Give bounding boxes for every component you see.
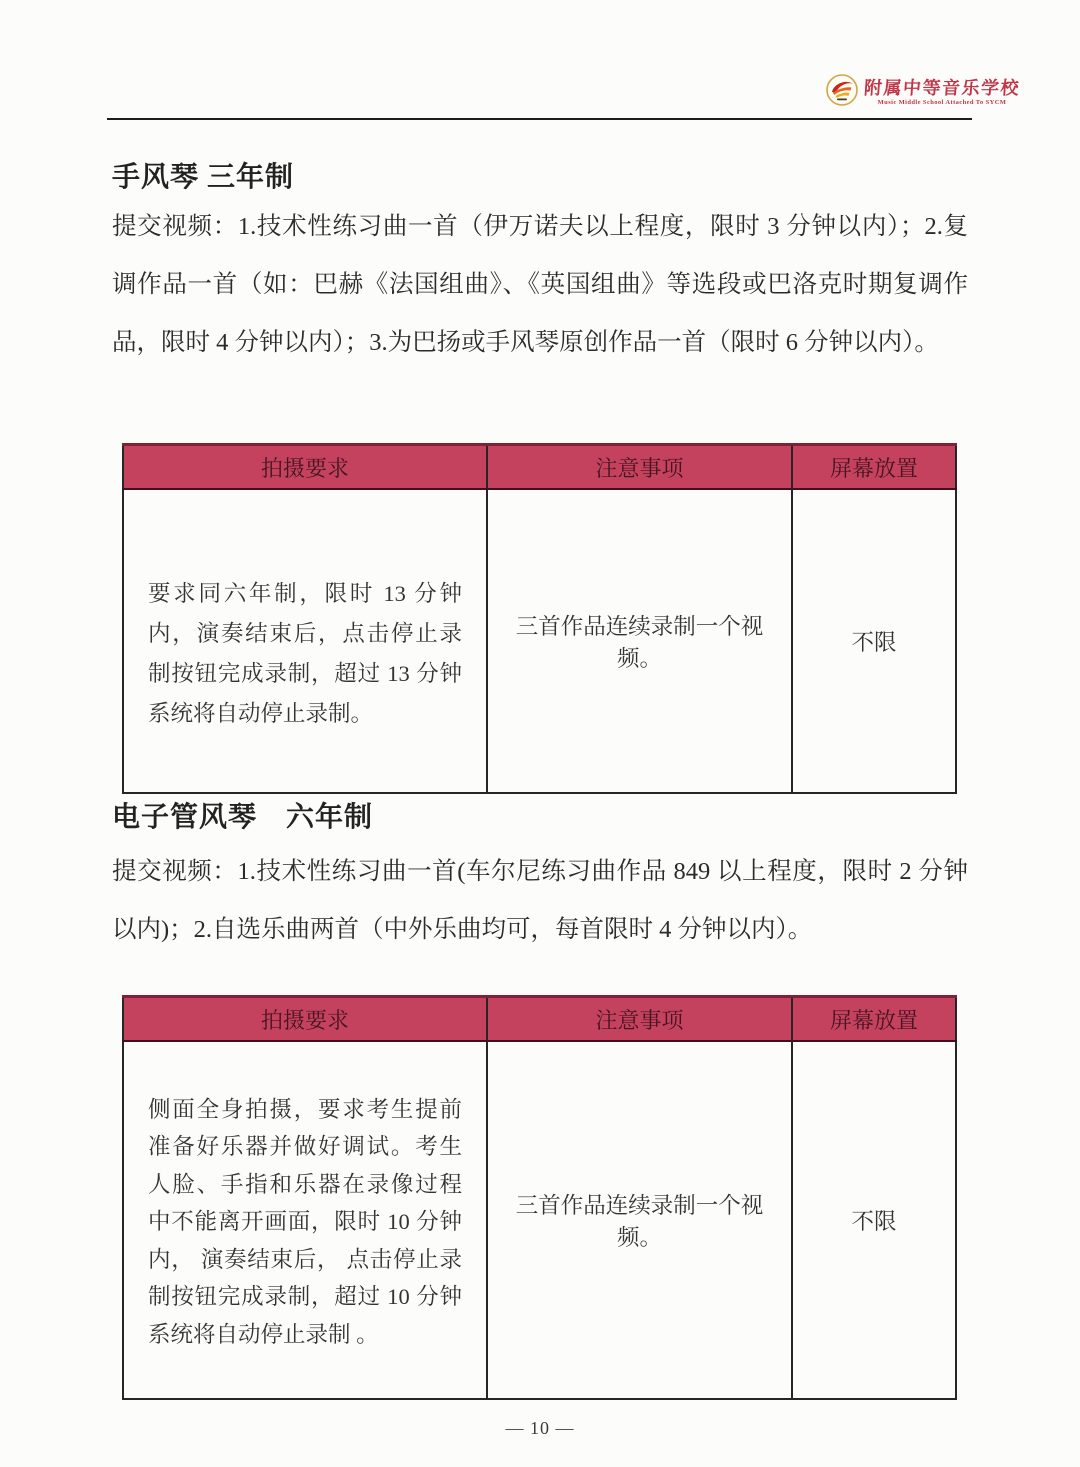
table2-cell-screen-placement: 不限	[792, 1041, 956, 1399]
school-logo: 附属中等音乐学校 Music Middle School Attached To…	[826, 74, 1020, 111]
table-header-row: 拍摄要求 注意事项 屏幕放置	[123, 445, 956, 490]
section1-title: 手风琴 三年制	[112, 155, 294, 195]
section1-requirements-table: 拍摄要求 注意事项 屏幕放置 要求同六年制，限时 13 分钟内，演奏结束后，点击…	[122, 443, 957, 794]
section1-paragraph: 提交视频：1.技术性练习曲一首（伊万诺夫以上程度，限时 3 分钟以内）；2.复调…	[112, 198, 968, 372]
school-name-english: Music Middle School Attached To SYCM	[864, 100, 1020, 107]
table1-cell-notes: 三首作品连续录制一个视频。	[487, 489, 792, 793]
table2-header-screen-placement: 屏幕放置	[792, 997, 956, 1042]
school-logo-text: 附属中等音乐学校 Music Middle School Attached To…	[864, 79, 1020, 107]
table2-header-shooting-requirements: 拍摄要求	[123, 997, 487, 1042]
page-number: — 10 —	[0, 1418, 1080, 1439]
table2-header-notes: 注意事项	[487, 997, 792, 1042]
school-name-chinese: 附属中等音乐学校	[863, 79, 1020, 98]
table1-cell-screen-placement: 不限	[792, 489, 956, 793]
table1-header-screen-placement: 屏幕放置	[792, 445, 956, 490]
table-header-row: 拍摄要求 注意事项 屏幕放置	[123, 997, 956, 1042]
table1-cell-shooting-requirements: 要求同六年制，限时 13 分钟内，演奏结束后，点击停止录制按钮完成录制，超过 1…	[123, 489, 487, 793]
section2-paragraph: 提交视频：1.技术性练习曲一首(车尔尼练习曲作品 849 以上程度，限时 2 分…	[112, 843, 968, 959]
document-page: 附属中等音乐学校 Music Middle School Attached To…	[0, 0, 1080, 1467]
table1-header-shooting-requirements: 拍摄要求	[123, 445, 487, 490]
section2-title: 电子管风琴 六年制	[112, 795, 373, 835]
school-emblem-icon	[826, 74, 858, 111]
section2-requirements-table: 拍摄要求 注意事项 屏幕放置 侧面全身拍摄，要求考生提前准备好乐器并做好调试。考…	[122, 995, 957, 1400]
table-row: 侧面全身拍摄，要求考生提前准备好乐器并做好调试。考生人脸、手指和乐器在录像过程中…	[123, 1041, 956, 1399]
table2-cell-notes: 三首作品连续录制一个视频。	[487, 1041, 792, 1399]
table-row: 要求同六年制，限时 13 分钟内，演奏结束后，点击停止录制按钮完成录制，超过 1…	[123, 489, 956, 793]
header-divider-rule	[107, 118, 972, 120]
table1-header-notes: 注意事项	[487, 445, 792, 490]
table2-cell-shooting-requirements: 侧面全身拍摄，要求考生提前准备好乐器并做好调试。考生人脸、手指和乐器在录像过程中…	[123, 1041, 487, 1399]
